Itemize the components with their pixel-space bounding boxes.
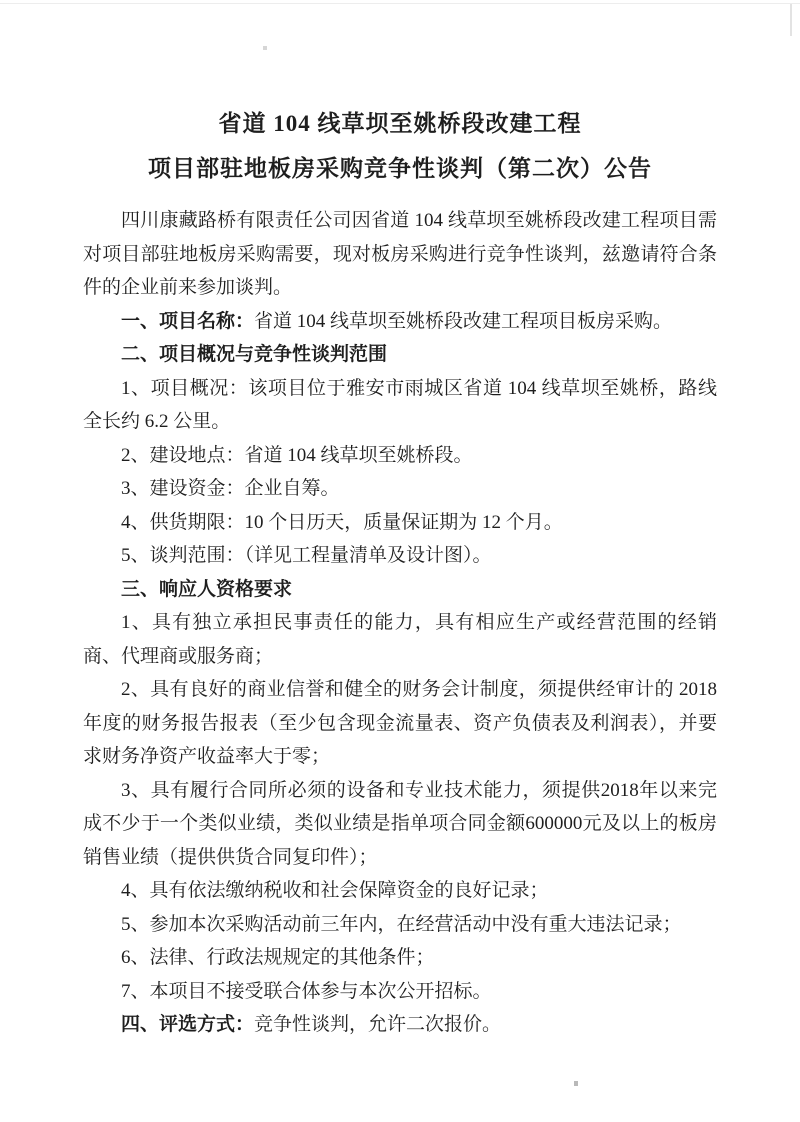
section-2-heading-label: 二、项目概况与竞争性谈判范围 [121, 344, 387, 365]
section-1-project-name: 一、项目名称：省道 104 线草坝至姚桥段改建工程项目板房采购。 [83, 305, 717, 339]
section-4-evaluation-method: 四、评选方式：竞争性谈判，允许二次报价。 [83, 1008, 717, 1042]
section-2-heading: 二、项目概况与竞争性谈判范围 [83, 338, 717, 372]
overview-item-1-project-overview: 1、项目概况：该项目位于雅安市雨城区省道 104 线草坝至姚桥，路线全长约 6.… [83, 372, 717, 439]
intro-paragraph-text: 四川康藏路桥有限责任公司因省道 104 线草坝至姚桥段改建工程项目需对项目部驻地… [83, 210, 717, 298]
overview-item-2-location: 2、建设地点：省道 104 线草坝至姚桥段。 [83, 439, 717, 473]
qualification-item-4: 4、具有依法缴纳税收和社会保障资金的良好记录； [83, 874, 717, 908]
scan-edge-artifact [790, 4, 792, 36]
section-1-heading-label: 一、项目名称： [121, 311, 254, 332]
document-page: 省道 104 线草坝至姚桥段改建工程 项目部驻地板房采购竞争性谈判（第二次）公告… [0, 0, 800, 1122]
document-body: 四川康藏路桥有限责任公司因省道 104 线草坝至姚桥段改建工程项目需对项目部驻地… [83, 204, 717, 1042]
section-3-heading-label: 三、响应人资格要求 [121, 579, 292, 600]
qualification-item-3: 3、具有履行合同所必须的设备和专业技术能力，须提供2018年以来完成不少于一个类… [83, 774, 717, 875]
section-4-heading-label: 四、评选方式： [121, 1014, 254, 1035]
overview-item-3-funding: 3、建设资金：企业自筹。 [83, 472, 717, 506]
section-3-heading: 三、响应人资格要求 [83, 573, 717, 607]
section-4-value: 竞争性谈判，允许二次报价。 [254, 1014, 501, 1035]
overview-item-4-delivery-period: 4、供货期限：10 个日历天，质量保证期为 12 个月。 [83, 506, 717, 540]
qualification-item-1: 1、具有独立承担民事责任的能力，具有相应生产或经营范围的经销商、代理商或服务商； [83, 606, 717, 673]
qualification-item-5: 5、参加本次采购活动前三年内，在经营活动中没有重大违法记录； [83, 908, 717, 942]
document-title-line-2: 项目部驻地板房采购竞争性谈判（第二次）公告 [83, 146, 717, 191]
scan-edge-artifact [0, 3, 800, 4]
qualification-item-6: 6、法律、行政法规规定的其他条件； [83, 941, 717, 975]
document-title-line-1: 省道 104 线草坝至姚桥段改建工程 [83, 101, 717, 146]
section-1-value: 省道 104 线草坝至姚桥段改建工程项目板房采购。 [254, 311, 672, 332]
overview-item-5-negotiation-scope: 5、谈判范围：（详见工程量清单及设计图）。 [83, 539, 717, 573]
qualification-item-2: 2、具有良好的商业信誉和健全的财务会计制度，须提供经审计的 2018 年度的财务… [83, 673, 717, 774]
document-content: 省道 104 线草坝至姚桥段改建工程 项目部驻地板房采购竞争性谈判（第二次）公告… [83, 101, 717, 1042]
scan-speck [574, 1081, 578, 1086]
intro-paragraph: 四川康藏路桥有限责任公司因省道 104 线草坝至姚桥段改建工程项目需对项目部驻地… [83, 204, 717, 305]
qualification-item-7: 7、本项目不接受联合体参与本次公开招标。 [83, 975, 717, 1009]
scan-speck [263, 46, 267, 50]
